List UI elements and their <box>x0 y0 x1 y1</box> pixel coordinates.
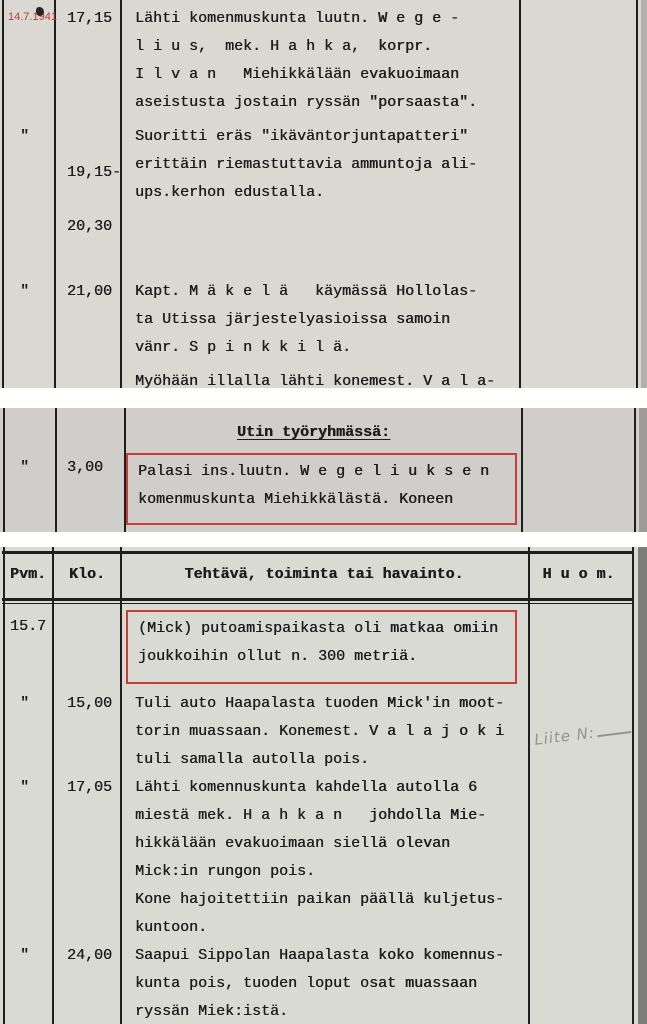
table-border-left <box>2 0 4 388</box>
text-line: Palasi ins.luutn. W e g e l i u k s e n <box>138 458 507 486</box>
time-cell: 3,00 <box>54 446 120 482</box>
section-heading: Utin työryhmässä: <box>237 420 647 446</box>
column-header-pvm: Pvm. <box>0 561 54 589</box>
text-line: erittäin riemastuttavia ammuntoja ali- <box>135 151 518 179</box>
text-line: Tuli auto Haapalasta tuoden Mick'in moot… <box>135 690 528 718</box>
date-text: 14.7.1941 <box>8 11 57 23</box>
text-line: Suoritti eräs "ikäväntorjuntapatteri" <box>135 123 518 151</box>
text-line: ups.kerhon edustalla. <box>135 179 518 207</box>
text-line: l i u s, mek. H a h k a, korpr. <box>135 33 518 61</box>
column-header-task: Tehtävä, toiminta tai havainto. <box>120 561 528 589</box>
time-cell: 19,15- 20,30 <box>67 123 120 272</box>
column-divider-pvm-klo <box>55 408 57 532</box>
time-from: 19,15- <box>67 164 120 182</box>
ink-smudge <box>36 7 44 16</box>
text-line: Mick:in rungon pois. <box>135 858 528 886</box>
diary-row: " 15,00 Tuli auto Haapalasta tuoden Mick… <box>0 690 647 774</box>
time-cell: 15,00 <box>54 690 120 718</box>
diary-row: " 21,00 Kapt. M ä k e l ä käymässä Hollo… <box>0 278 647 362</box>
column-divider-text-huom <box>519 0 521 388</box>
ditto-mark: " <box>0 446 54 482</box>
table-border-right <box>634 408 636 532</box>
column-header-huom: H u o m. <box>528 561 647 589</box>
text-line: tuli samalla autolla pois. <box>135 746 528 774</box>
text-line: Lähti komenmuskunta luutn. W e g e - <box>135 5 518 33</box>
ditto-mark: " <box>0 123 54 151</box>
text-line: vänr. S p i n k k i l ä. <box>135 334 518 362</box>
text-line: Saapui Sippolan Haapalasta koko komennus… <box>135 942 528 970</box>
date-cell: 15.7 <box>0 608 54 641</box>
diary-fragment-middle: Utin työryhmässä: " 3,00 Palasi ins.luut… <box>0 408 647 532</box>
text-line: torin muassaan. Konemest. V a l a j o k … <box>135 718 528 746</box>
red-annotation-box: Palasi ins.luutn. W e g e l i u k s e n … <box>126 453 517 525</box>
diary-row: 15.7 (Mick) putoamispaikasta oli matkaa … <box>0 608 647 690</box>
time-cell: 24,00 <box>54 942 120 970</box>
column-divider-text-huom <box>521 408 523 532</box>
scanned-war-diary-page: { "colors": { "paper_light": "#d9d8d3", … <box>0 0 647 1024</box>
text-line: aseistusta jostain ryssän "porsaasta". <box>135 89 518 117</box>
handwritten-date-annotation: 14.7.1941 <box>8 5 54 24</box>
diary-row: " 24,00 Saapui Sippolan Haapalasta koko … <box>0 942 647 1024</box>
ditto-mark: " <box>0 774 54 802</box>
text-line: ryssän Miek:istä. <box>135 998 528 1024</box>
column-header-klo: Klo. <box>54 561 120 589</box>
diary-row: " 19,15- 20,30 Suoritti eräs "ikäväntorj… <box>0 123 647 272</box>
text-line: hikkälään evakuoimaan siellä olevan <box>135 830 528 858</box>
red-annotation-box: (Mick) putoamispaikasta oli matkaa omiin… <box>126 610 517 684</box>
column-divider-klo-text <box>120 0 122 388</box>
table-border-left <box>3 408 5 532</box>
diary-row: 14.7.1941 17,15 Lähti komenmuskunta luut… <box>0 5 647 117</box>
text-line: Myöhään illalla lähti konemest. V a l a- <box>135 368 518 388</box>
ditto-mark: " <box>0 942 54 970</box>
text-line: ta Utissa järjestelyasioissa samoin <box>135 306 518 334</box>
diary-fragment-top: 14.7.1941 17,15 Lähti komenmuskunta luut… <box>0 0 647 388</box>
text-line: kuntoon. <box>135 914 528 942</box>
scanner-edge <box>641 0 647 388</box>
diary-row-continuation: Myöhään illalla lähti konemest. V a l a-… <box>0 368 647 388</box>
header-border-bottom <box>2 598 634 601</box>
text-line: I l v a n Miehikkälään evakuoimaan <box>135 61 518 89</box>
text-line: kunta pois, tuoden loput osat muassaan <box>135 970 528 998</box>
table-header: Pvm. Klo. Tehtävä, toiminta tai havainto… <box>0 547 647 605</box>
text-line: Kapt. M ä k e l ä käymässä Hollolas- <box>135 278 518 306</box>
time-cell: 21,00 <box>54 278 120 306</box>
ditto-mark: " <box>0 690 54 718</box>
text-line: Kone hajoitettiin paikan päällä kuljetus… <box>135 886 528 914</box>
text-line: joukkoihin ollut n. 300 metriä. <box>138 643 507 671</box>
diary-table: Pvm. Klo. Tehtävä, toiminta tai havainto… <box>0 547 647 1024</box>
text-line: miestä mek. H a h k a n johdolla Mie- <box>135 802 528 830</box>
table-border-right <box>636 0 638 388</box>
time-to: 20,30 <box>67 218 120 236</box>
header-border-top <box>2 551 634 554</box>
ditto-mark: " <box>0 278 54 306</box>
text-line: Lähti komennuskunta kahdella autolla 6 <box>135 774 528 802</box>
text-line: komenmuskunta Miehikkälästä. Koneen <box>138 486 507 514</box>
time-cell: 17,05 <box>54 774 120 802</box>
text-line: (Mick) putoamispaikasta oli matkaa omiin <box>138 615 507 643</box>
time-cell: 17,15 <box>54 5 120 33</box>
diary-row: " 17,05 Lähti komennuskunta kahdella aut… <box>0 774 647 942</box>
column-divider-klo-text <box>124 408 126 532</box>
column-divider-pvm-klo <box>54 0 56 388</box>
diary-row: " 3,00 Palasi ins.luutn. W e g e l i u k… <box>0 446 647 525</box>
header-border-bottom-thin <box>2 603 634 604</box>
scanner-edge <box>639 408 647 532</box>
